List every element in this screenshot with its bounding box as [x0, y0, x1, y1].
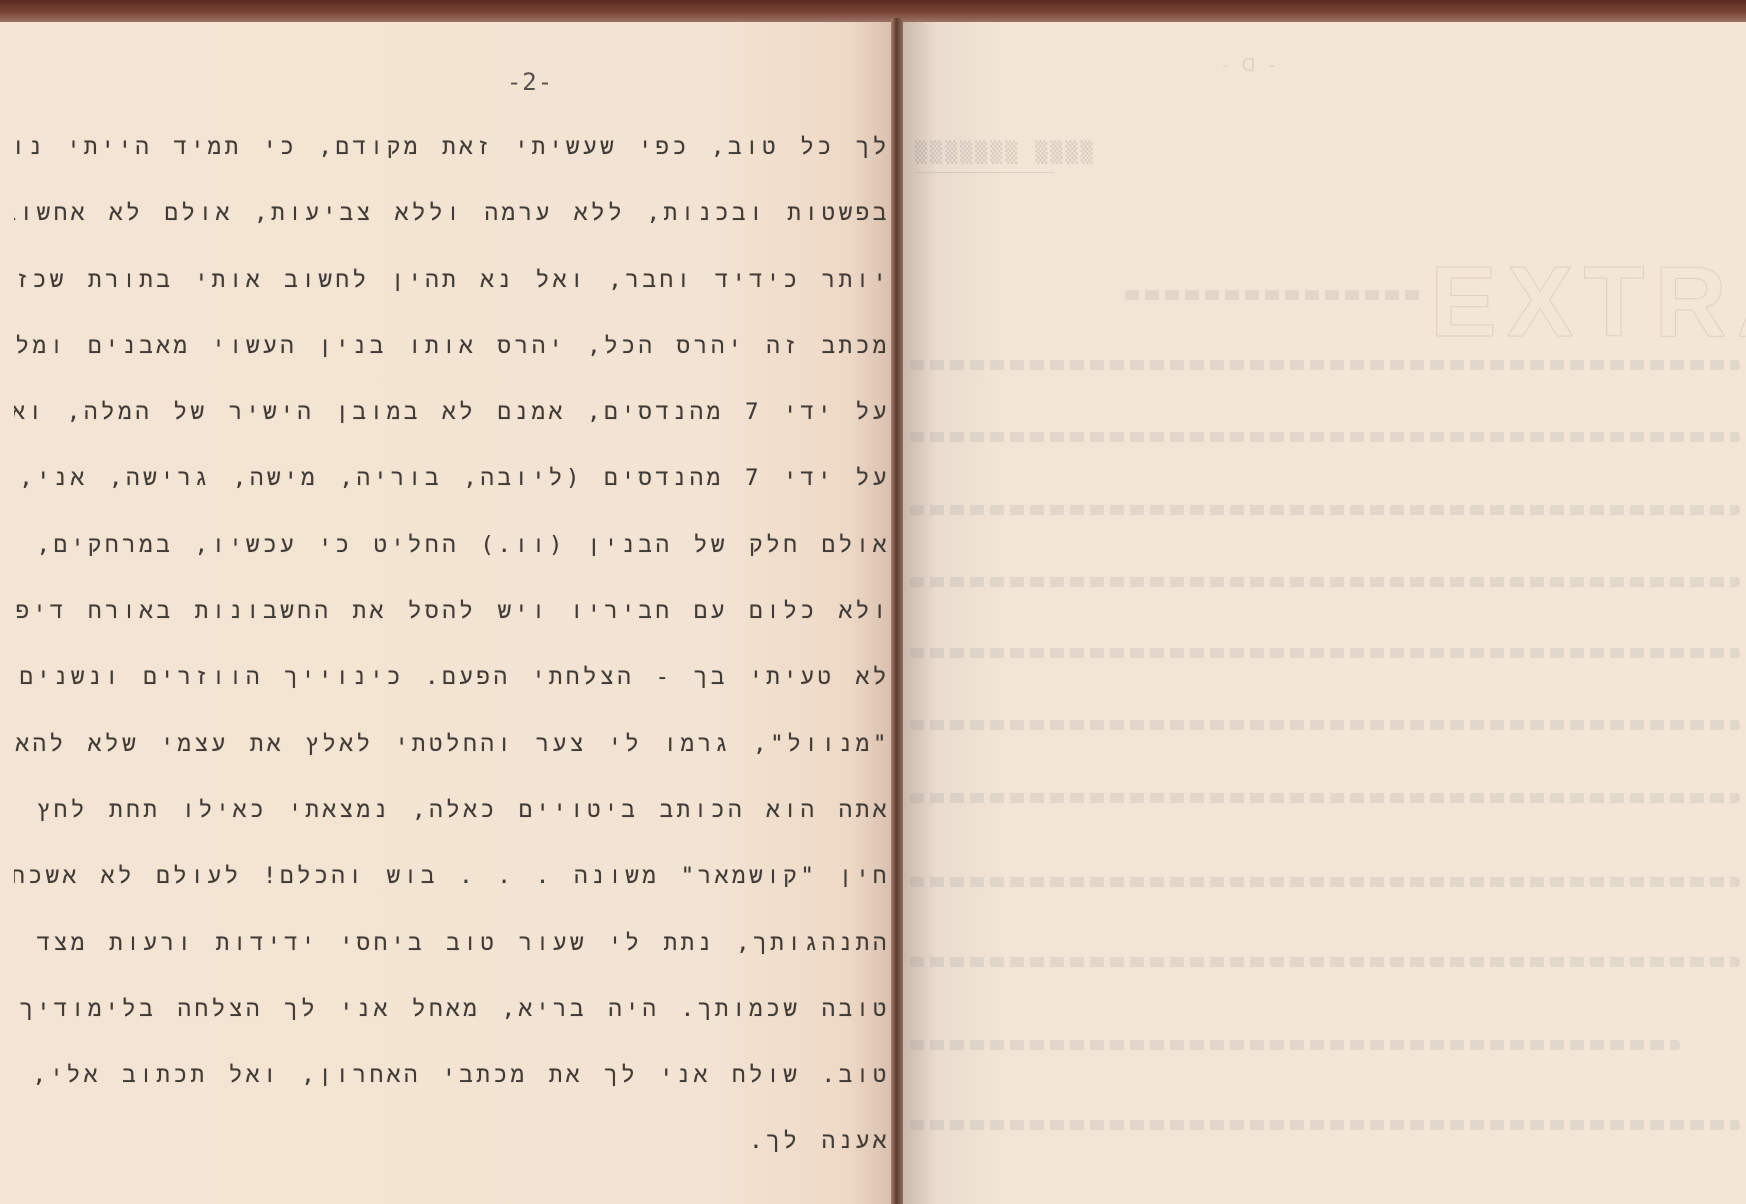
show-through-line	[910, 577, 1740, 587]
show-through-line	[910, 432, 1740, 442]
binding-top-edge	[0, 0, 1746, 22]
show-through-page-number: - ᗡ -	[1220, 55, 1277, 76]
text-line: לא טעיתי בך - הצלחתי הפעם. כינוייך הווזר…	[14, 652, 890, 718]
right-page	[903, 22, 1746, 1204]
text-line: טוב. שולח אני לך את מכתבי האחרון, ואל תכ…	[14, 1050, 890, 1116]
text-line: טובה שכמותך. היה בריא, מאחל אני לך הצלחה…	[14, 984, 890, 1050]
text-line: ולא כלום עם חביריו ויש להסל את החשבונות …	[14, 586, 890, 652]
text-line: בפשטות ובכנות, ללא ערמה וללא צביעות, אול…	[14, 188, 890, 254]
left-page: -2- לך כל טוב, כפי שעשיתי זאת מקודם, כי …	[0, 22, 893, 1204]
show-through-line	[910, 877, 1740, 887]
text-line: על ידי 7 מהנדסים (ליובה, בוריה, מישה, גר…	[14, 453, 890, 519]
text-line: אענה לך.	[14, 1116, 890, 1182]
text-line: מכתב זה יהרס הכל, יהרס אותו בנין העשוי מ…	[14, 321, 890, 387]
paper-watermark: EXTRA	[1430, 245, 1746, 360]
text-line: אולם חלק של הבנין (וו.) החליט כי עכשיו, …	[14, 520, 890, 586]
show-through-line	[910, 1120, 1740, 1130]
text-line: יותר כידיד וחבר, ואל נא תהין לחשוב אותי …	[14, 255, 890, 321]
text-line: חין "קושמאר" משונה . . . בוש והכלם! לעול…	[14, 851, 890, 917]
show-through-underline	[915, 172, 1055, 173]
show-through-line	[910, 793, 1740, 803]
page-number: -2-	[500, 68, 560, 96]
text-line: לך כל טוב, כפי שעשיתי זאת מקודם, כי תמיד…	[14, 122, 890, 188]
show-through-line	[910, 648, 1740, 658]
text-line: "מנוול", גרמו לי צער והחלטתי לאלץ את עצמ…	[14, 719, 890, 785]
letter-body: לך כל טוב, כפי שעשיתי זאת מקודם, כי תמיד…	[14, 122, 890, 1183]
text-line: התנהגותך, נתת לי שעור טוב ביחסי ידידות ו…	[14, 918, 890, 984]
text-line: אתה הוא הכותב ביטויים כאלה, נמצאתי כאילו…	[14, 785, 890, 851]
show-through-date: ▒▒▒▒▒▒▒ ▒▒▒▒	[915, 140, 1096, 164]
show-through-line	[1125, 290, 1425, 300]
show-through-line	[910, 1040, 1680, 1050]
show-through-line	[910, 957, 1740, 967]
show-through-line	[910, 720, 1740, 730]
book-gutter	[891, 18, 903, 1204]
show-through-line	[910, 505, 1740, 515]
show-through-line	[910, 360, 1740, 370]
text-line: על ידי 7 מהנדסים, אמנם לא במובן הישיר של…	[14, 387, 890, 453]
